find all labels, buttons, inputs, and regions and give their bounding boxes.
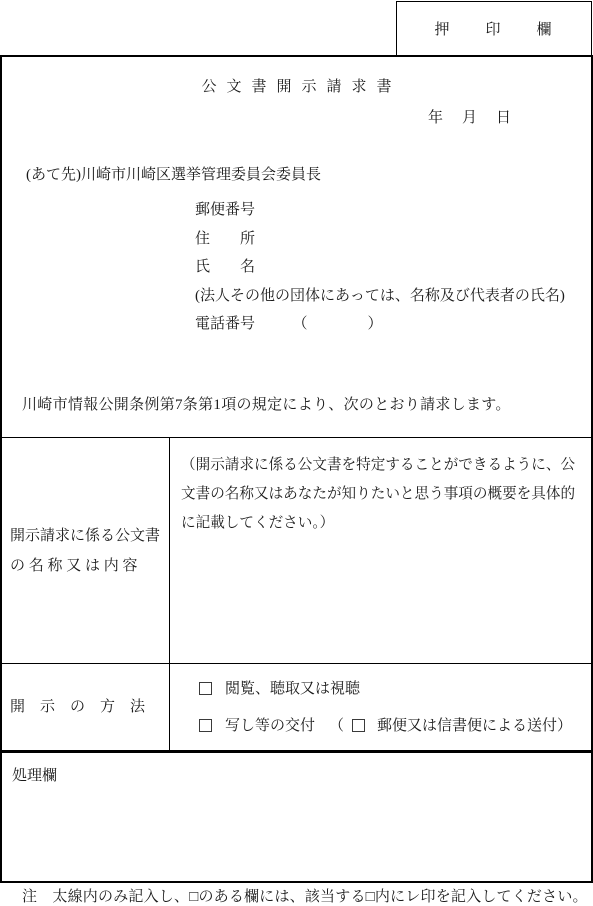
- disclosure-method-label: 開 示 の 方 法: [2, 664, 170, 750]
- applicant-fields: 郵便番号 住 所 氏 名 (法人その他の団体にあっては、名称及び代表者の氏名) …: [195, 196, 591, 339]
- form-body: 公文書開示請求書 年 月 日 (あて先)川崎市川崎区選挙管理委員会委員長 郵便番…: [0, 55, 593, 883]
- option-inspection: 閲覧、聴取又は視聴: [199, 681, 591, 697]
- document-name-label: 開示請求に係る公文書 の 名 称 又 は 内 容: [2, 438, 170, 663]
- date-line: 年 月 日: [2, 110, 591, 126]
- checkbox-inspection[interactable]: [199, 682, 212, 695]
- document-name-label-line1: 開示請求に係る公文書: [10, 521, 169, 551]
- document-name-value-cell: （開示請求に係る公文書を特定することができるように、公文書の名称又はあなたが知り…: [170, 438, 591, 663]
- seal-box-label: 押 印 欄: [434, 18, 553, 39]
- option-inspection-label: 閲覧、聴取又は視聴: [225, 681, 360, 697]
- method-options: 閲覧、聴取又は視聴 写し等の交付（郵便又は信書便による送付）: [170, 664, 591, 750]
- checkbox-copy[interactable]: [199, 719, 212, 732]
- field-name: 氏 名: [195, 253, 591, 282]
- row-disclosure-method: 開 示 の 方 法 閲覧、聴取又は視聴 写し等の交付（郵便又は信書便による送付）: [2, 663, 591, 750]
- disclosure-method-options-cell: 閲覧、聴取又は視聴 写し等の交付（郵便又は信書便による送付）: [170, 664, 591, 750]
- field-address: 住 所: [195, 225, 591, 254]
- disclosure-request-form: 押 印 欄 公文書開示請求書 年 月 日 (あて先)川崎市川崎区選挙管理委員会委…: [0, 0, 593, 906]
- page-title: 公文書開示請求書: [2, 79, 591, 95]
- row-document-name: 開示請求に係る公文書 の 名 称 又 は 内 容 （開示請求に係る公文書を特定す…: [2, 437, 591, 663]
- option-mail-delivery-label: 郵便又は信書便による送付）: [377, 718, 572, 734]
- field-corporation-note: (法人その他の団体にあっては、名称及び代表者の氏名): [195, 282, 591, 311]
- request-statement: 川崎市情報公開条例第7条第1項の規定により、次のとおり請求します。: [22, 393, 591, 414]
- checkbox-mail-delivery[interactable]: [352, 719, 365, 732]
- field-phone-number: 電話番号 （ ）: [195, 310, 591, 339]
- footer-note: 注 太線内のみ記入し、□のある欄には、該当する□内にレ印を記入してください。: [22, 885, 588, 906]
- processing-label: 処理欄: [12, 764, 591, 785]
- field-postal-code: 郵便番号: [195, 196, 591, 225]
- option-copy-paren-open: （: [329, 718, 344, 734]
- document-name-label-line2: の 名 称 又 は 内 容: [10, 551, 169, 581]
- seal-box: 押 印 欄: [396, 1, 592, 56]
- letterhead-section: 公文書開示請求書 年 月 日 (あて先)川崎市川崎区選挙管理委員会委員長 郵便番…: [2, 57, 591, 437]
- addressee: (あて先)川崎市川崎区選挙管理委員会委員長: [26, 166, 591, 185]
- disclosure-method-label-text: 開 示 の 方 法: [10, 692, 169, 722]
- option-copy: 写し等の交付（郵便又は信書便による送付）: [199, 718, 591, 734]
- document-name-hint: （開示請求に係る公文書を特定することができるように、公文書の名称又はあなたが知り…: [170, 438, 591, 538]
- processing-section: 処理欄: [2, 750, 591, 881]
- option-copy-label: 写し等の交付: [225, 718, 315, 734]
